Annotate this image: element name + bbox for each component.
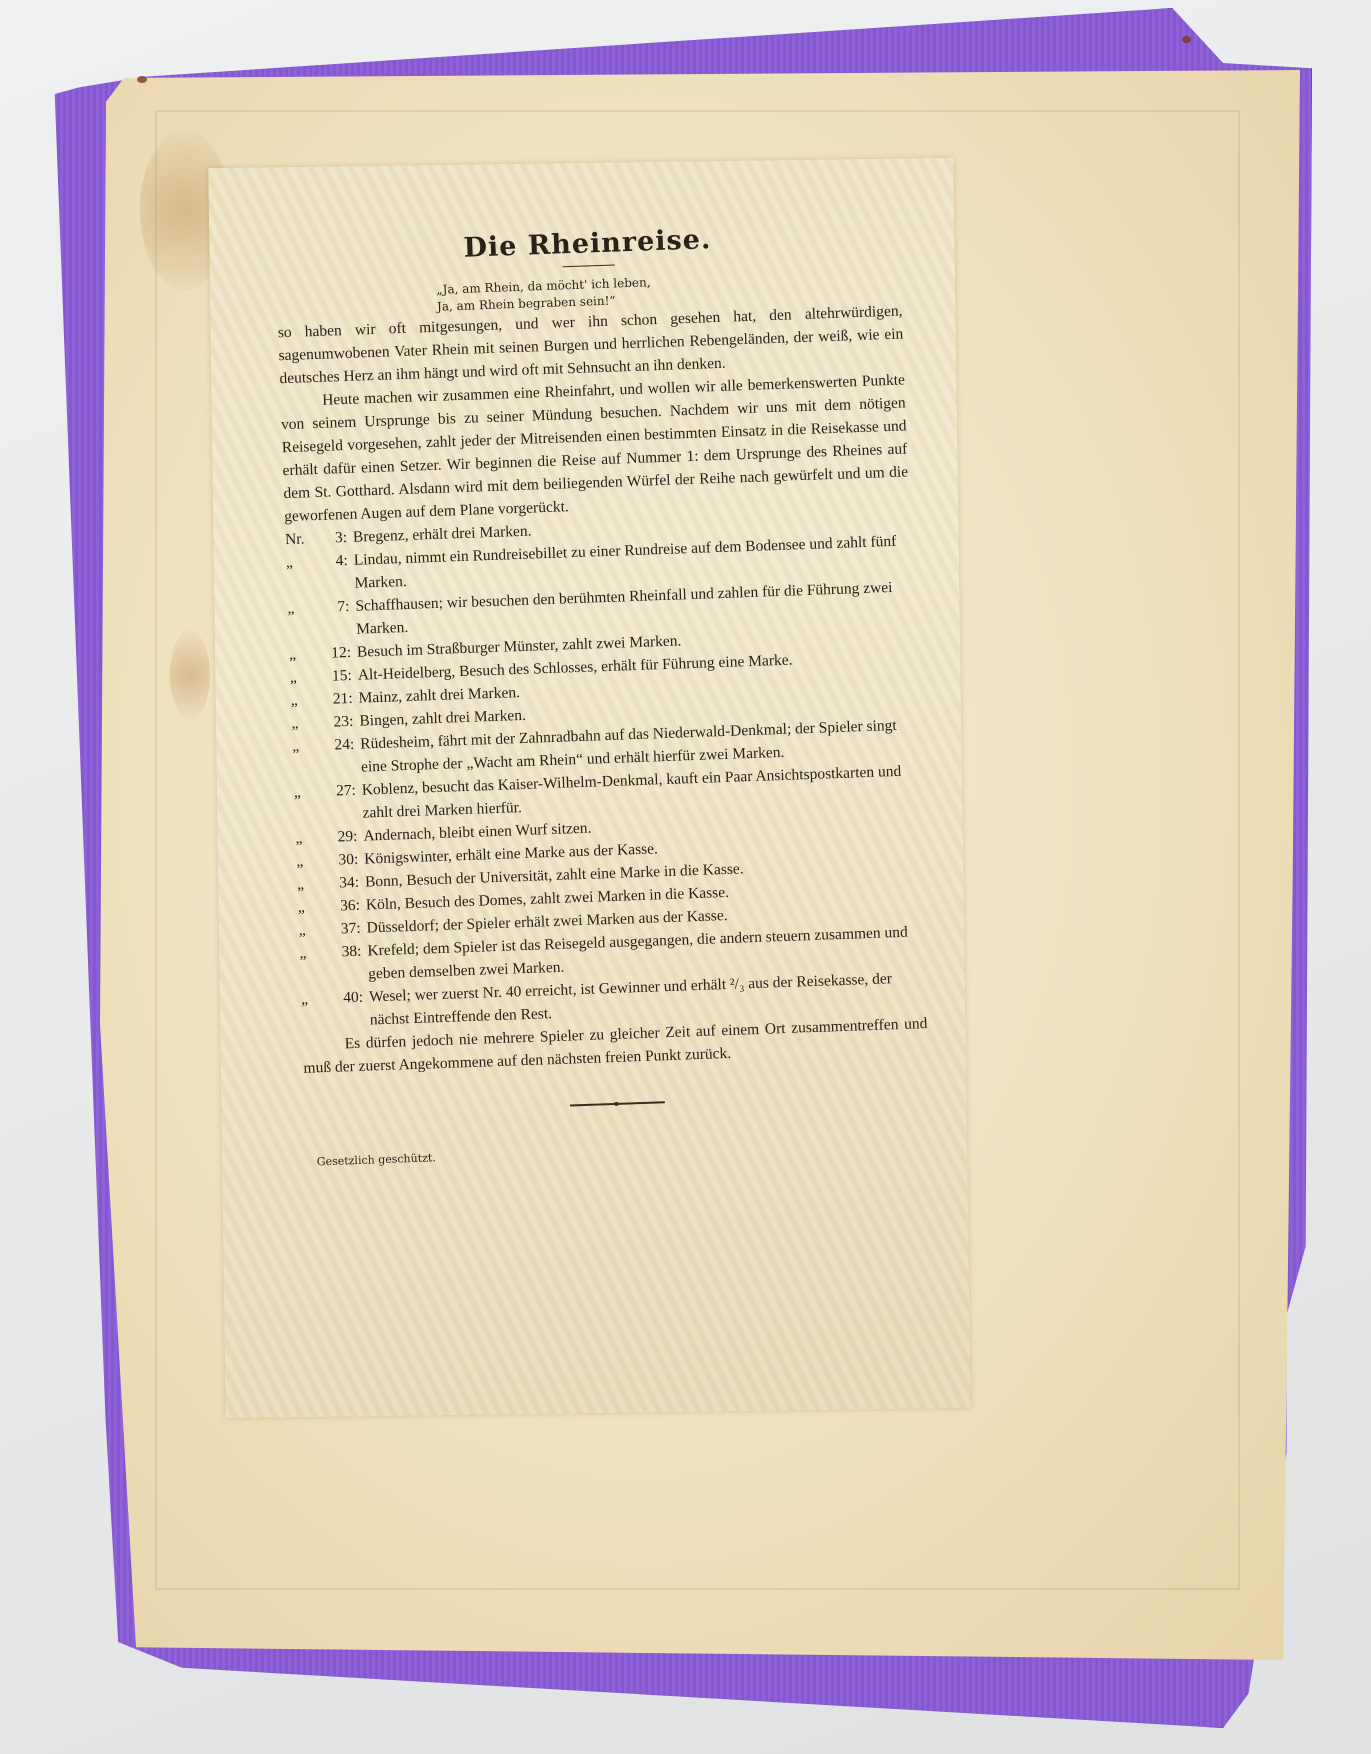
station-mark: Nr. — [285, 527, 314, 551]
station-num: 37: — [326, 917, 367, 941]
rules-text-block: Die Rheinreise. „Ja, am Rhein, da möcht'… — [274, 206, 931, 1169]
ornamental-divider — [570, 1101, 665, 1106]
page-title: Die Rheinreise. — [275, 218, 901, 271]
rust-spot — [130, 68, 138, 74]
station-mark: „ — [301, 987, 331, 1034]
station-mark: „ — [285, 550, 315, 597]
station-num: 12: — [317, 641, 358, 665]
title-rule — [562, 265, 614, 268]
stain — [170, 630, 210, 720]
station-num: 4: — [313, 549, 355, 596]
station-mark: „ — [287, 596, 317, 643]
station-num: 27: — [321, 779, 363, 826]
station-num: 40: — [329, 986, 371, 1033]
station-mark: „ — [297, 872, 326, 896]
rules-paragraph: Heute machen wir zusammen eine Rheinfahr… — [280, 368, 909, 528]
copyright-notice: Gesetzlich geschützt. — [317, 1134, 932, 1168]
station-mark: „ — [297, 895, 326, 919]
station-mark: „ — [289, 665, 318, 689]
station-mark: „ — [298, 918, 327, 942]
station-num: 24: — [320, 733, 362, 780]
station-mark: „ — [299, 941, 329, 988]
station-mark: „ — [295, 826, 324, 850]
station-num: 29: — [323, 825, 364, 849]
rust-spot — [137, 76, 147, 83]
station-mark: „ — [290, 688, 319, 712]
station-num: 30: — [324, 848, 365, 872]
game-box-lid-underside: Die Rheinreise. „Ja, am Rhein, da möcht'… — [42, 8, 1312, 1728]
station-num: 7: — [315, 595, 357, 642]
rules-sheet: Die Rheinreise. „Ja, am Rhein, da möcht'… — [208, 158, 970, 1418]
station-mark: „ — [296, 849, 325, 873]
station-mark: „ — [293, 780, 323, 827]
station-num: 36: — [325, 894, 366, 918]
rust-spot — [1182, 36, 1191, 43]
station-num: 38: — [327, 940, 369, 987]
station-mark: „ — [291, 711, 320, 735]
station-mark: „ — [289, 642, 318, 666]
station-num: 23: — [319, 710, 360, 734]
station-list: Nr.3:Bregenz, erhält drei Marken.„4:Lind… — [285, 506, 927, 1034]
station-mark: „ — [292, 734, 322, 781]
station-num: 34: — [325, 871, 366, 895]
station-num: 21: — [318, 687, 359, 711]
station-num: 3: — [313, 526, 354, 550]
station-num: 15: — [317, 664, 358, 688]
